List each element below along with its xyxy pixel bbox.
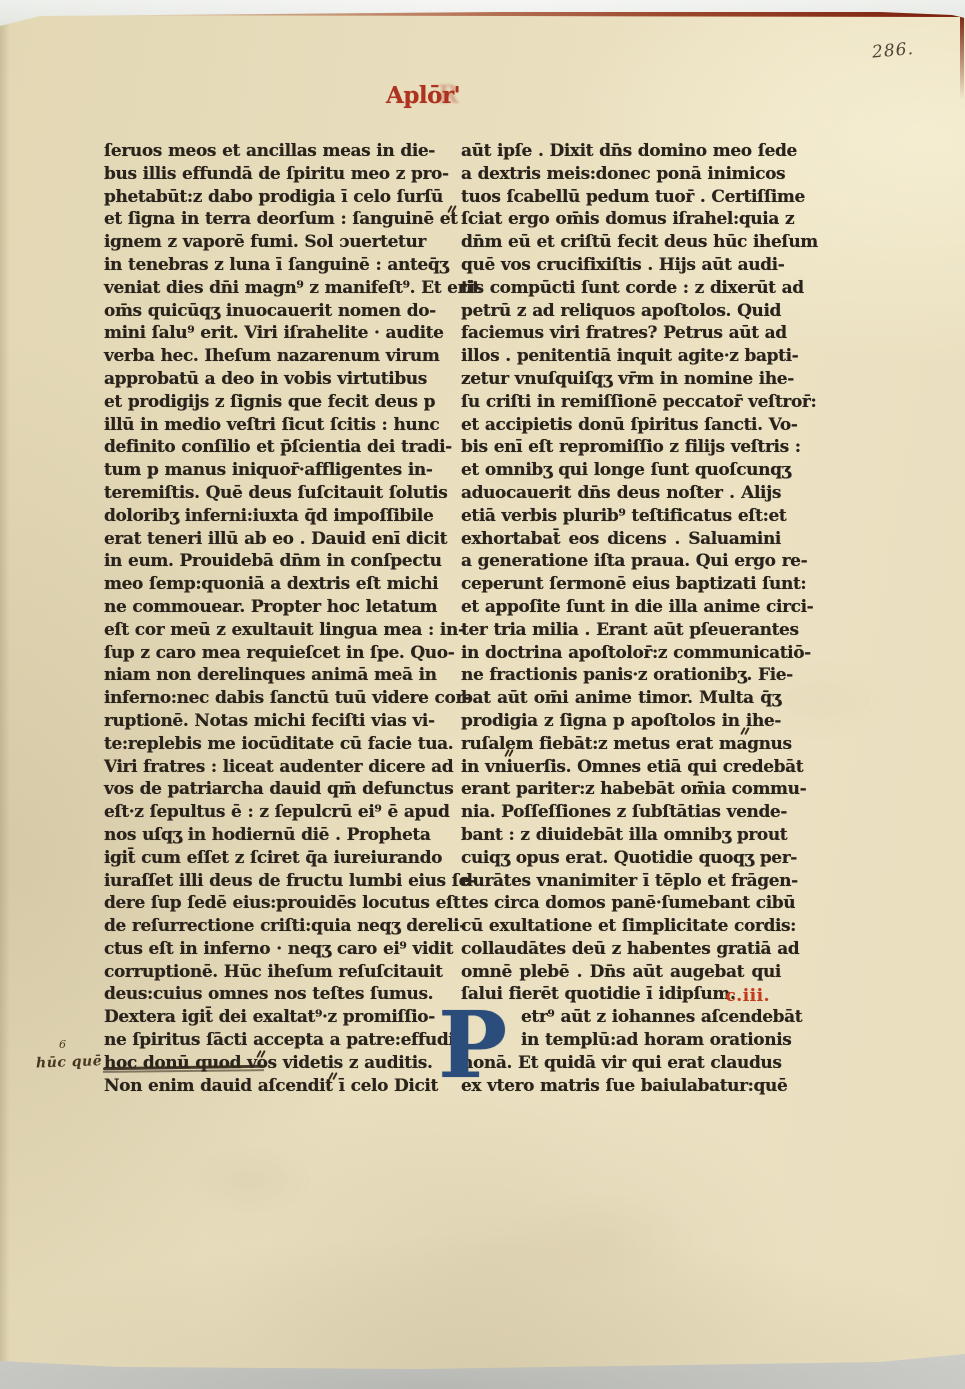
- text-line: dere ſup ſedē eius:prouidēs locutus eſt: [104, 893, 424, 916]
- text-line: bant : z diuidebāt illa omnibʒ prout: [461, 825, 781, 848]
- text-line: erant pariter:z habebāt om̄ia commu-: [461, 779, 781, 802]
- text-line: in tenebras z luna ī ſanguinē : anteq̄ʒ: [104, 255, 424, 278]
- text-line: et prodigijs z ſignis que fecit deus p: [104, 392, 424, 415]
- page-edge-stain-right: [960, 14, 964, 100]
- text-line: mini ſalu⁹ erit. Viri iſrahelite · audit…: [104, 323, 424, 346]
- text-line: quē vos crucifixiſtis . Hijs aūt audi-: [461, 255, 781, 278]
- text-line: tes circa domos panē·ſumebant cibū: [461, 893, 781, 916]
- text-line: tuos ſcabellū pedum tuor̄ . Certiſſime: [461, 187, 781, 210]
- text-line: tum p manus iniquor̄·affligentes in-: [104, 460, 424, 483]
- text-line: exhortabat̄ eos dicens . Saluamini: [461, 529, 781, 552]
- text-line: ctus eſt in inferno · neqʒ caro ei⁹ vidi…: [104, 939, 424, 962]
- text-line: igit̄ cum eſſet z ſciret q̄a iureiurando: [104, 848, 424, 871]
- text-line: collaudātes deū z habentes gratiā ad: [461, 939, 781, 962]
- page-left-shadow: [0, 20, 10, 1369]
- text-line: cuiqʒ opus erat. Quotidie quoqʒ per-: [461, 848, 781, 871]
- text-line: omnē plebē . Dn̄s aūt augebat qui: [461, 962, 781, 985]
- text-line: bat aūt om̄i anime timor. Multa q̄ʒ: [461, 688, 781, 711]
- text-line: ſciat ergo om̄is domus iſrahel:quia z: [461, 209, 781, 232]
- text-line: et omnibʒ qui longe ſunt quoſcunqʒ: [461, 460, 781, 483]
- running-title: Aplōr': [386, 82, 460, 109]
- folio-number: 286.: [871, 37, 933, 62]
- text-line: Dextera igit̄ dei exaltat⁹·z promiſſio-: [104, 1007, 424, 1030]
- text-line: Viri fratres : liceat audenter dicere ad: [104, 757, 424, 780]
- drop-cap-initial: P: [438, 1002, 507, 1088]
- text-line: prodigia z ſigna p apoſtolos in ihe-: [461, 711, 781, 734]
- insertion-mark: [506, 749, 516, 759]
- text-line: de reſurrectione criſti:quia neqʒ dereli…: [104, 916, 424, 939]
- text-line: meo ſemp:quoniā a dextris eſt michi: [104, 574, 424, 597]
- text-line: nos uſqʒ in hodiernū diē . Propheta: [104, 825, 424, 848]
- text-line: doloribʒ inferni:iuxta q̄d impoſſibile: [104, 506, 424, 529]
- text-line: etiā verbis plurib⁹ teſtificatus eſt:et: [461, 506, 781, 529]
- text-line: aūt ipſe . Dixit dn̄s domino meo ſede: [461, 141, 781, 164]
- text-line: ſeruos meos et ancillas meas in die-: [104, 141, 424, 164]
- text-line: ſup z caro mea requieſcet in ſpe. Quo-: [104, 643, 424, 666]
- text-line: ter tria milia . Erant aūt pſeuerantes: [461, 620, 781, 643]
- text-line: faciemus viri fratres? Petrus aūt ad: [461, 323, 781, 346]
- text-line: phetabūt:z dabo prodigia ī celo ſurſū: [104, 187, 424, 210]
- text-line: ceperunt ſermonē eius baptizati ſunt:: [461, 574, 781, 597]
- text-line: eſt·z ſepultus ē : z ſepulcrū ei⁹ ē apud: [104, 802, 424, 825]
- scanned-page-photo: 286. R Aplōr' ſeruos meos et ancillas me…: [0, 0, 965, 1389]
- right-text-column: aūt ipſe . Dixit dn̄s domino meo ſedea d…: [461, 141, 781, 1098]
- text-line: niam non derelinques animā meā in: [104, 665, 424, 688]
- text-line: a generatione iſta praua. Qui ergo re-: [461, 551, 781, 574]
- text-line: tis compūcti ſunt corde : z dixerūt ad: [461, 278, 781, 301]
- text-line: et appoſite ſunt in die illa anime circi…: [461, 597, 781, 620]
- text-line: zetur vnuſquiſqʒ vr̄m in nomine ihe-: [461, 369, 781, 392]
- text-line: in doctrina apoſtolor̄:z communicatiō-: [461, 643, 781, 666]
- text-line: ne fractionis panis·z orationibʒ. Fie-: [461, 665, 781, 688]
- text-line: ne commouear. Propter hoc letatum: [104, 597, 424, 620]
- text-line: nia. Poſſeſſiones z ſubſtātias vende-: [461, 802, 781, 825]
- text-line: in vniuerſis. Omnes etiā qui credebāt: [461, 757, 781, 780]
- text-line: dn̄m eū et criſtū fecit deus hūc iheſum: [461, 232, 781, 255]
- text-line: vos de patriarcha dauid qm̄ defunctus: [104, 779, 424, 802]
- text-line: ſu criſti in remiſſionē peccator̄ veſtro…: [461, 392, 781, 415]
- text-line: et accipietis donū ſpiritus ſancti. Vo-: [461, 415, 781, 438]
- text-line: om̄s quicūqʒ inuocauerit nomen do-: [104, 301, 424, 324]
- text-line: te:replebis me iocūditate cū facie tua.: [104, 734, 424, 757]
- text-line: Non enim dauid aſcendit ī celo Dicit: [104, 1076, 424, 1099]
- page-edge-stain: [0, 10, 965, 17]
- insertion-mark: [449, 205, 459, 215]
- insertion-mark: [258, 1050, 268, 1060]
- page-sheet: 286. R Aplōr' ſeruos meos et ancillas me…: [0, 0, 965, 1389]
- text-line: nonā. Et quidā vir qui erat claudus: [461, 1053, 781, 1076]
- text-line: erat teneri illū ab eo . Dauid enī dicit: [104, 529, 424, 552]
- marginal-note-mark: 6: [59, 1038, 66, 1051]
- text-line: in templū:ad horam orationis: [461, 1030, 781, 1053]
- text-line: illos . penitentiā inquit agite·z bapti-: [461, 346, 781, 369]
- text-line: veniat dies dn̄i magn⁹ z manifeſt⁹. Et e…: [104, 278, 445, 301]
- text-line: bus illis effundā de ſpiritu meo z pro-: [104, 164, 424, 187]
- text-line: eſt cor meū z exultauit lingua mea : in-: [104, 620, 424, 643]
- text-line: durātes vnanimiter ī tēplo et frāgen-: [461, 871, 781, 894]
- text-line: iuraſſet illi deus de fructu lumbi eius …: [104, 871, 424, 894]
- text-line: aduocauerit dn̄s deus noſter . Alijs: [461, 483, 781, 506]
- text-line: verba hec. Iheſum nazarenum virum: [104, 346, 424, 369]
- chapter-marker: c.iii.: [698, 986, 770, 1006]
- text-line: a dextris meis:donec ponā inimicos: [461, 164, 781, 187]
- insertion-mark: [742, 727, 752, 737]
- text-line: et ſigna in terra deorſum : ſanguinē et: [104, 209, 424, 232]
- text-line: bis enī eſt repromiſſio z filijs veſtris…: [461, 437, 781, 460]
- text-line: inferno:nec dabis ſanctū tuū videre cor-: [104, 688, 424, 711]
- insertion-mark: [330, 1072, 340, 1082]
- text-line: ex vtero matris ſue baiulabatur:quē: [461, 1076, 781, 1099]
- text-line: in eum. Prouidebā dn̄m in conſpectu: [104, 551, 424, 574]
- text-line: corruptionē. Hūc iheſum reſuſcitauit: [104, 962, 424, 985]
- text-line: deus:cuius omnes nos teſtes ſumus.: [104, 984, 424, 1007]
- text-line: petrū z ad reliquos apoſtolos. Quid: [461, 301, 781, 324]
- text-line: approbatū a deo in vobis virtutibus: [104, 369, 424, 392]
- left-text-column: ſeruos meos et ancillas meas in die-bus …: [104, 141, 424, 1098]
- text-line: definito conſilio et p̄ſcientia dei trad…: [104, 437, 424, 460]
- text-line: ruptionē. Notas michi feciſti vias vi-: [104, 711, 424, 734]
- text-line: teremiſtis. Quē deus ſuſcitauit ſolutis: [104, 483, 424, 506]
- text-line: ignem z vaporē fumi. Sol ɔuertetur: [104, 232, 424, 255]
- text-line: illū in medio veſtri ſicut ſcitis : hunc: [104, 415, 424, 438]
- text-line: cū exultatione et ſimplicitate cordis:: [461, 916, 781, 939]
- text-line: etr⁹ aūt z iohannes aſcendebāt: [461, 1007, 781, 1030]
